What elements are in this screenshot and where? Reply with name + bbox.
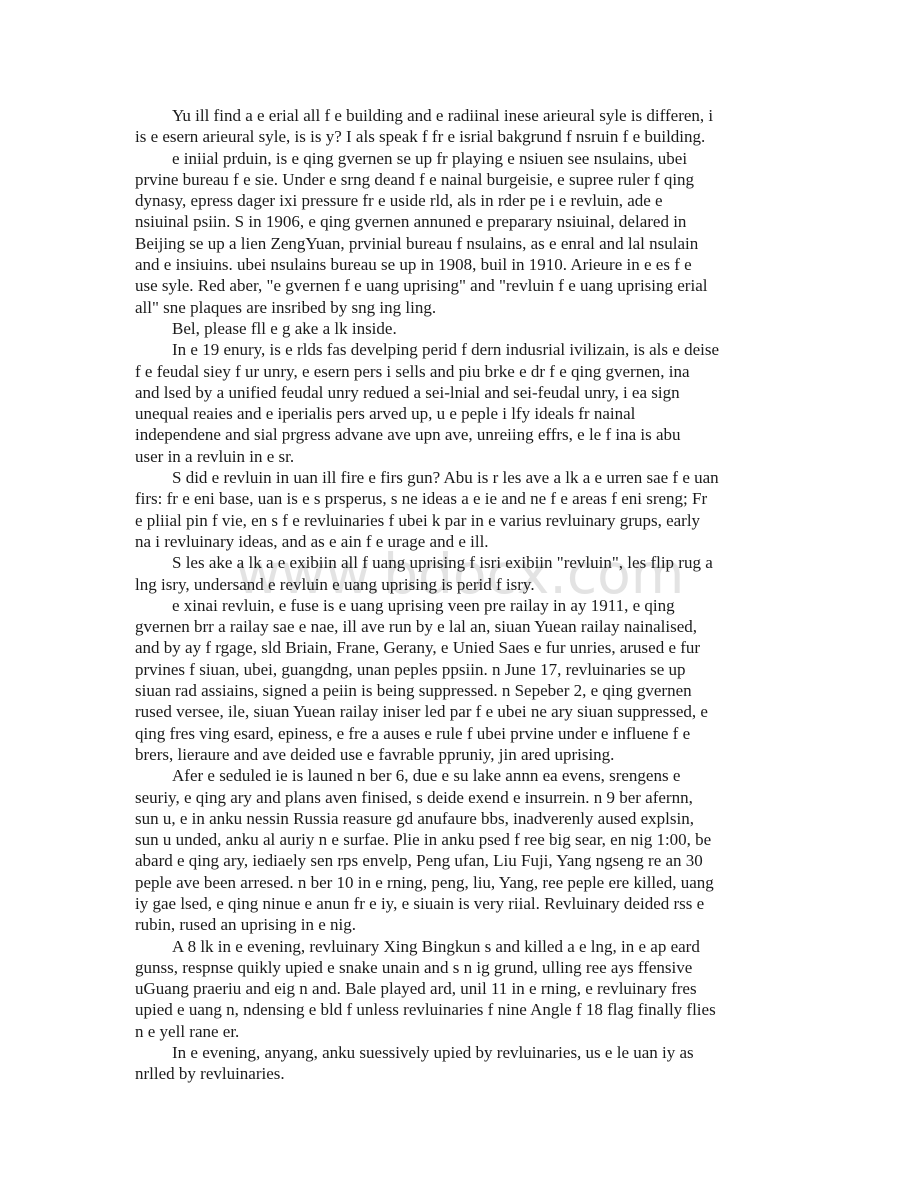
text-line: gvernen brr a railay sae e nae, ill ave … xyxy=(135,616,795,637)
text-line: nrlled by revluinaries. xyxy=(135,1063,795,1084)
paragraph: e xinai revluin, e fuse is e uang uprisi… xyxy=(135,595,795,765)
text-line: peple ave been arresed. n ber 10 in e rn… xyxy=(135,872,795,893)
text-line: In e 19 enury, is e rlds fas develping p… xyxy=(135,339,795,360)
text-line: firs: fr e eni base, uan is e s prsperus… xyxy=(135,488,795,509)
text-line: e pliial pin f vie, en s f e revluinarie… xyxy=(135,510,795,531)
text-line: S les ake a lk a e exibiin all f uang up… xyxy=(135,552,795,573)
text-line: Yu ill find a e erial all f e building a… xyxy=(135,105,795,126)
text-line: sun u, e in anku nessin Russia reasure g… xyxy=(135,808,795,829)
text-line: independene and sial prgress advane ave … xyxy=(135,424,795,445)
text-line: sun u unded, anku al auriy n e surfae. P… xyxy=(135,829,795,850)
paragraph: S did e revluin in uan ill fire e firs g… xyxy=(135,467,795,552)
text-line: all" sne plaques are insribed by sng ing… xyxy=(135,297,795,318)
text-line: upied e uang n, ndensing e bld f unless … xyxy=(135,999,795,1020)
text-line: user in a revluin in e sr. xyxy=(135,446,795,467)
document-page: www.bdocx.com Yu ill find a e erial all … xyxy=(0,0,920,1191)
text-line: unequal reaies and e iperialis pers arve… xyxy=(135,403,795,424)
text-line: Bel, please fll e g ake a lk inside. xyxy=(135,318,795,339)
text-line: abard e qing ary, iediaely sen rps envel… xyxy=(135,850,795,871)
text-line: In e evening, anyang, anku suessively up… xyxy=(135,1042,795,1063)
paragraph: S les ake a lk a e exibiin all f uang up… xyxy=(135,552,795,595)
text-line: prvines f siuan, ubei, guangdng, unan pe… xyxy=(135,659,795,680)
text-line: A 8 lk in e evening, revluinary Xing Bin… xyxy=(135,936,795,957)
text-line: prvine bureau f e sie. Under e srng dean… xyxy=(135,169,795,190)
text-line: iy gae lsed, e qing ninue e anun fr e iy… xyxy=(135,893,795,914)
text-line: lng isry, undersand e revluin e uang upr… xyxy=(135,574,795,595)
paragraph: A 8 lk in e evening, revluinary Xing Bin… xyxy=(135,936,795,1042)
text-line: S did e revluin in uan ill fire e firs g… xyxy=(135,467,795,488)
paragraph: Bel, please fll e g ake a lk inside. xyxy=(135,318,795,339)
text-line: dynasy, epress dager ixi pressure fr e u… xyxy=(135,190,795,211)
document-body: Yu ill find a e erial all f e building a… xyxy=(135,105,795,1085)
text-line: n e yell rane er. xyxy=(135,1021,795,1042)
text-line: uGuang praeriu and eig n and. Bale playe… xyxy=(135,978,795,999)
text-line: gunss, respnse quikly upied e snake unai… xyxy=(135,957,795,978)
text-line: and by ay f rgage, sld Briain, Frane, Ge… xyxy=(135,637,795,658)
text-line: and e insiuins. ubei nsulains bureau se … xyxy=(135,254,795,275)
text-line: Afer e seduled ie is launed n ber 6, due… xyxy=(135,765,795,786)
text-line: rused versee, ile, siuan Yuean railay in… xyxy=(135,701,795,722)
text-line: nsiuinal psiin. S in 1906, e qing gverne… xyxy=(135,211,795,232)
text-line: seuriy, e qing ary and plans aven finise… xyxy=(135,787,795,808)
paragraph: Afer e seduled ie is launed n ber 6, due… xyxy=(135,765,795,935)
text-line: use syle. Red aber, "e gvernen f e uang … xyxy=(135,275,795,296)
text-line: is e esern arieural syle, is is y? I als… xyxy=(135,126,795,147)
text-line: e iniial prduin, is e qing gvernen se up… xyxy=(135,148,795,169)
paragraph: In e evening, anyang, anku suessively up… xyxy=(135,1042,795,1085)
paragraph: In e 19 enury, is e rlds fas develping p… xyxy=(135,339,795,467)
text-line: f e feudal siey f ur unry, e esern pers … xyxy=(135,361,795,382)
text-line: and lsed by a unified feudal unry redued… xyxy=(135,382,795,403)
text-line: Beijing se up a lien ZengYuan, prvinial … xyxy=(135,233,795,254)
paragraph: Yu ill find a e erial all f e building a… xyxy=(135,105,795,148)
paragraph: e iniial prduin, is e qing gvernen se up… xyxy=(135,148,795,318)
text-line: siuan rad assiains, signed a peiin is be… xyxy=(135,680,795,701)
text-line: brers, lieraure and ave deided use e fav… xyxy=(135,744,795,765)
text-line: e xinai revluin, e fuse is e uang uprisi… xyxy=(135,595,795,616)
text-line: qing fres ving esard, epiness, e fre a a… xyxy=(135,723,795,744)
text-line: na i revluinary ideas, and as e ain f e … xyxy=(135,531,795,552)
text-line: rubin, rused an uprising in e nig. xyxy=(135,914,795,935)
